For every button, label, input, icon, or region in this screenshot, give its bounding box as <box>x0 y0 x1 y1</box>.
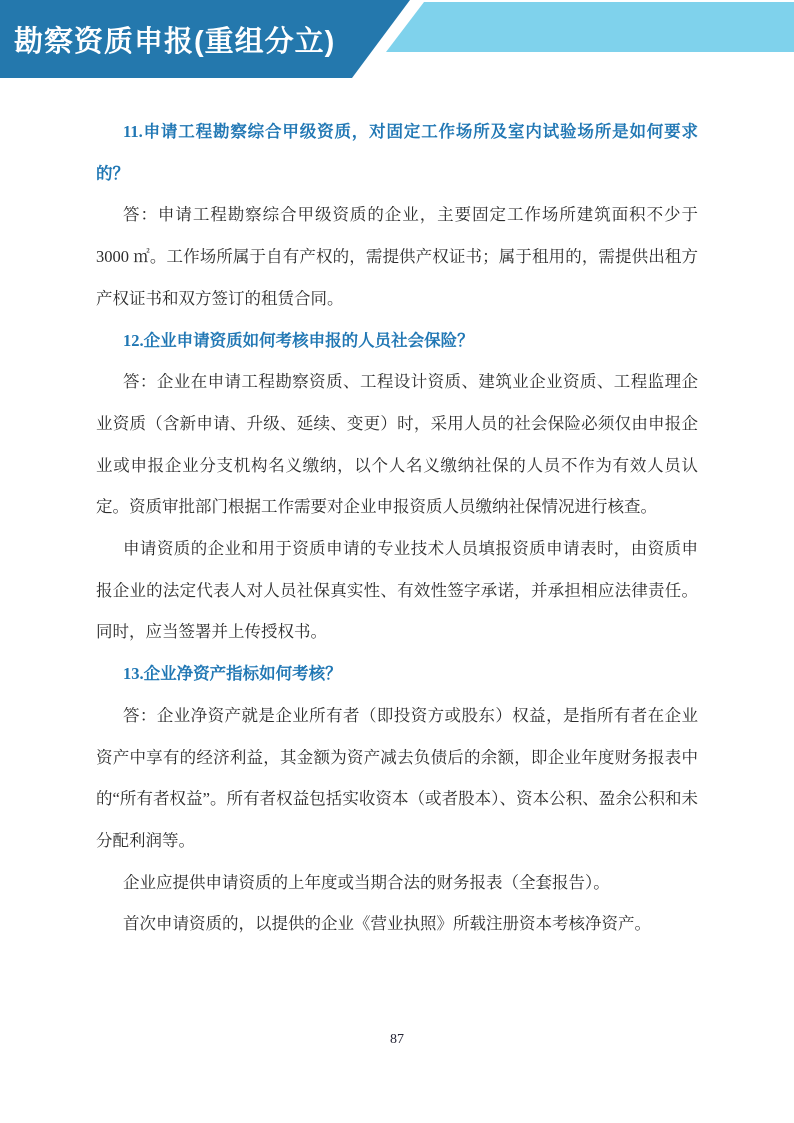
page-number: 87 <box>390 1032 404 1047</box>
question-11-heading: 11.申请工程勘察综合甲级资质，对固定工作场所及室内试验场所是如何要求的？ <box>96 111 698 194</box>
answer-13-paragraph-3: 首次申请资质的，以提供的企业《营业执照》所载注册资本考核净资产。 <box>96 903 698 945</box>
answer-11-paragraph-1: 答：申请工程勘察综合甲级资质的企业，主要固定工作场所建筑面积不少于3000 ㎡。… <box>96 194 698 319</box>
answer-13-paragraph-2: 企业应提供申请资质的上年度或当期合法的财务报表（全套报告）。 <box>96 862 698 904</box>
document-body: 11.申请工程勘察综合甲级资质，对固定工作场所及室内试验场所是如何要求的？ 答：… <box>96 111 698 945</box>
answer-13-paragraph-1: 答：企业净资产就是企业所有者（即投资方或股东）权益，是指所有者在企业资产中享有的… <box>96 695 698 862</box>
question-13-heading: 13.企业净资产指标如何考核？ <box>96 653 698 695</box>
banner-dark-shape: 勘察资质申报(重组分立) <box>0 0 410 78</box>
answer-12-paragraph-2: 申请资质的企业和用于资质申请的专业技术人员填报资质申请表时，由资质申报企业的法定… <box>96 528 698 653</box>
answer-12-paragraph-1: 答：企业在申请工程勘察资质、工程设计资质、建筑业企业资质、工程监理企业资质（含新… <box>96 361 698 528</box>
document-page: 勘察资质申报(重组分立) 11.申请工程勘察综合甲级资质，对固定工作场所及室内试… <box>0 0 794 1123</box>
page-footer: 87 <box>0 1030 794 1050</box>
page-title: 勘察资质申报(重组分立) <box>14 19 335 60</box>
question-12-heading: 12.企业申请资质如何考核申报的人员社会保险？ <box>96 320 698 362</box>
